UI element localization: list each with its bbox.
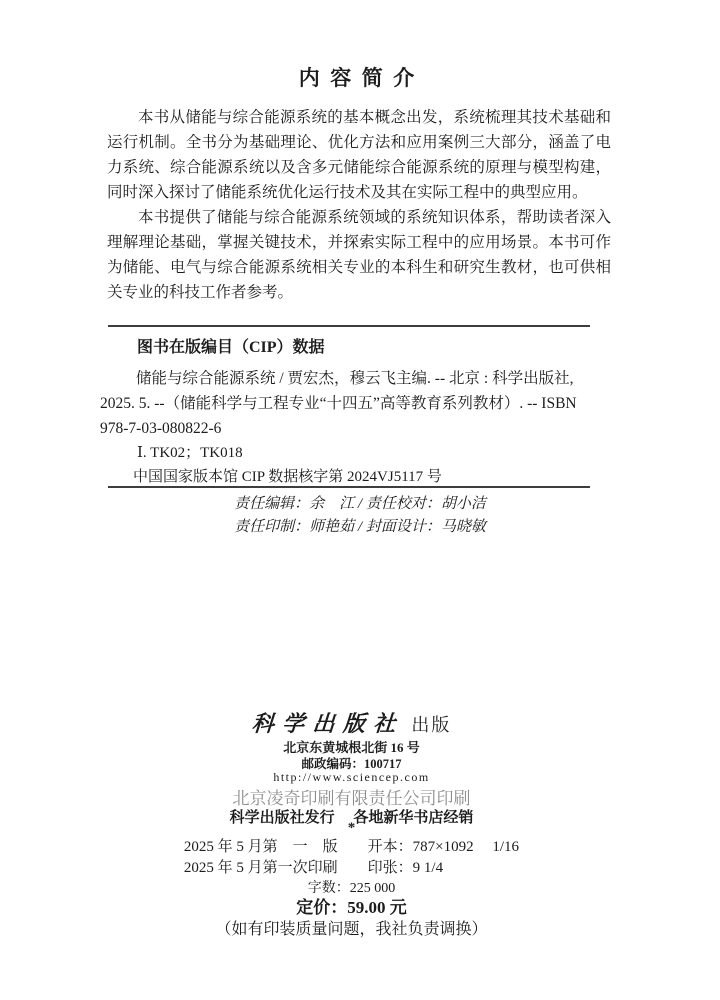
copyright-page: 内容简介 本书从储能与综合能源系统的基本概念出发，系统梳理其技术基础和运行机制。… bbox=[0, 0, 720, 1000]
publisher-line: 科学出版社出版 bbox=[0, 707, 703, 738]
science-press-logo: 科学出版社 bbox=[251, 707, 405, 738]
intro-paragraph-2: 本书提供了储能与综合能源系统领域的系统知识体系，帮助读者深入理解理论基础，掌握关… bbox=[107, 205, 611, 305]
cip-top-rule bbox=[108, 325, 590, 327]
price: 定价：59.00 元 bbox=[0, 893, 703, 918]
staff-credits: 责任编辑：余 江 / 责任校对：胡小洁 责任印制：师艳茹 / 封面设计：马晓敏 bbox=[104, 493, 616, 539]
printing-line: 2025 年 5 月第一次印刷 印张：9 1/4 bbox=[184, 858, 519, 879]
cip-record: 储能与综合能源系统 / 贾宏杰，穆云飞主编. -- 北京 : 科学出版社, 20… bbox=[100, 366, 610, 441]
publisher-website: http://www.sciencep.com bbox=[0, 770, 703, 785]
intro-title: 内容简介 bbox=[104, 62, 609, 92]
intro-body: 本书从储能与综合能源系统的基本概念出发，系统梳理其技术基础和运行机制。全书分为基… bbox=[107, 105, 611, 305]
cip-heading: 图书在版编目（CIP）数据 bbox=[137, 334, 325, 357]
separator-asterisk: * bbox=[0, 820, 703, 837]
cip-classification: Ⅰ. TK02；TK018 bbox=[137, 441, 243, 462]
publish-suffix: 出版 bbox=[411, 715, 451, 735]
cip-record-number: 中国国家版本馆 CIP 数据核字第 2024VJ5117 号 bbox=[133, 465, 442, 486]
cip-record-line-1: 储能与综合能源系统 / 贾宏杰，穆云飞主编. -- 北京 : 科学出版社, bbox=[100, 366, 610, 391]
cip-record-line-3: 978-7-03-080822-6 bbox=[100, 416, 610, 441]
exchange-note: （如有印装质量问题，我社负责调换） bbox=[0, 916, 703, 939]
credits-line-1: 责任编辑：余 江 / 责任校对：胡小洁 bbox=[104, 493, 616, 516]
cip-record-line-2: 2025. 5. --（储能科学与工程专业“十四五”高等教育系列教材）. -- … bbox=[100, 391, 610, 416]
edition-line: 2025 年 5 月第 一 版 开本：787×1092 1/16 bbox=[184, 837, 519, 858]
intro-paragraph-1: 本书从储能与综合能源系统的基本概念出发，系统梳理其技术基础和运行机制。全书分为基… bbox=[107, 105, 611, 205]
edition-block: 2025 年 5 月第 一 版 开本：787×1092 1/16 2025 年 … bbox=[0, 837, 703, 879]
credits-line-2: 责任印制：师艳茹 / 封面设计：马晓敏 bbox=[104, 516, 616, 539]
cip-bottom-rule bbox=[108, 486, 590, 488]
